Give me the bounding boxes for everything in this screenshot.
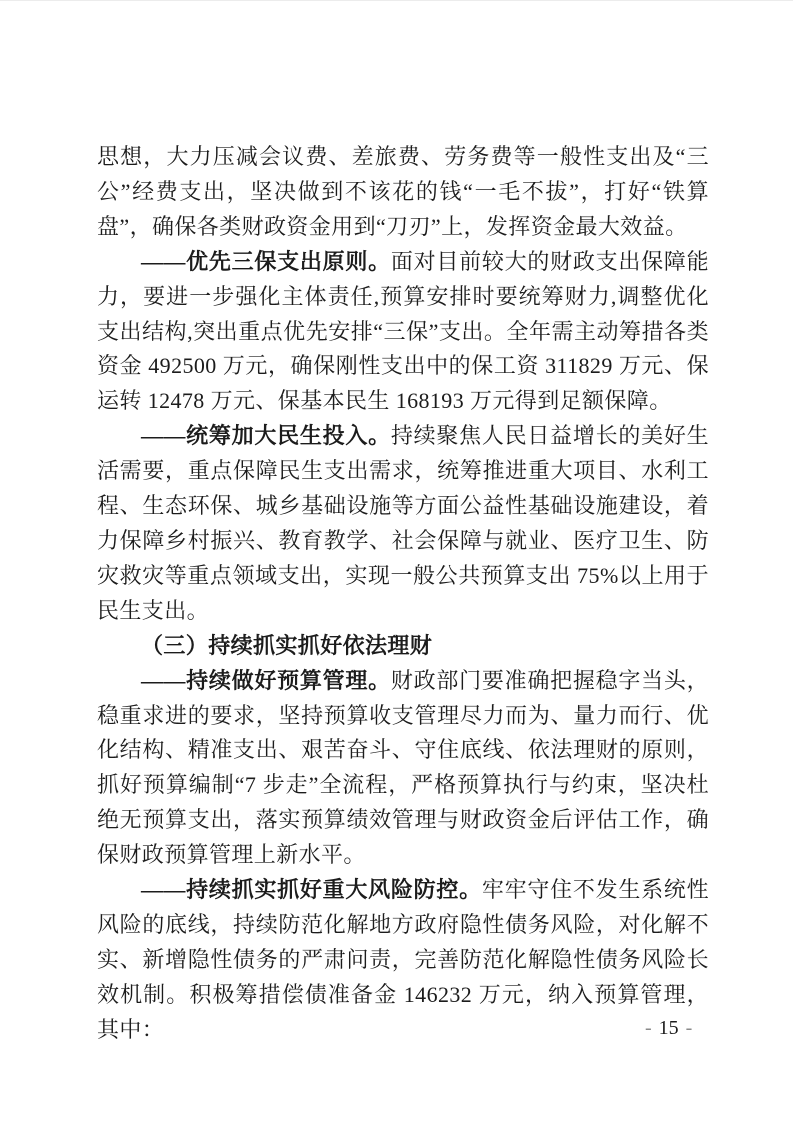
paragraph-text: 财政部门要准确把握稳字当头，稳重求进的要求，坚持预算收支管理尽力而为、量力而行、… xyxy=(97,668,709,868)
paragraph-text: 思想，大力压减会议费、差旅费、劳务费等一般性支出及“三公”经费支出，坚决做到不该… xyxy=(97,144,709,239)
paragraph-lead: ——持续做好预算管理。 xyxy=(141,668,391,693)
paragraph-sanbao-principle: ——优先三保支出原则。面对目前较大的财政支出保障能力，要进一步强化主体责任,预算… xyxy=(97,245,709,420)
document-body: 思想，大力压减会议费、差旅费、劳务费等一般性支出及“三公”经费支出，坚决做到不该… xyxy=(97,140,709,1048)
paragraph-risk-control: ——持续抓实抓好重大风险防控。牢牢守住不发生系统性风险的底线，持续防范化解地方政… xyxy=(97,873,709,1048)
section-heading-text: （三）持续抓实抓好依法理财 xyxy=(141,633,432,658)
page-number: -15- xyxy=(638,1017,699,1040)
page-number-value: 15 xyxy=(659,1017,679,1039)
page-number-dash-right: - xyxy=(679,1017,700,1039)
paragraph-lead: ——统筹加大民生投入。 xyxy=(141,423,391,448)
section-heading: （三）持续抓实抓好依法理财 xyxy=(97,629,709,664)
page-number-dash-left: - xyxy=(638,1017,659,1039)
document-page: 思想，大力压减会议费、差旅费、劳务费等一般性支出及“三公”经费支出，坚决做到不该… xyxy=(0,0,793,1122)
paragraph-lead: ——持续抓实抓好重大风险防控。 xyxy=(141,877,482,902)
paragraph-minsheng-investment: ——统筹加大民生投入。持续聚焦人民日益增长的美好生活需要，重点保障民生支出需求，… xyxy=(97,419,709,628)
paragraph-lead: ——优先三保支出原则。 xyxy=(141,249,391,274)
paragraph-continuation: 思想，大力压减会议费、差旅费、劳务费等一般性支出及“三公”经费支出，坚决做到不该… xyxy=(97,140,709,245)
scan-edge-line xyxy=(0,0,793,1)
paragraph-text: 持续聚焦人民日益增长的美好生活需要，重点保障民生支出需求，统筹推进重大项目、水利… xyxy=(97,423,709,623)
paragraph-budget-management: ——持续做好预算管理。财政部门要准确把握稳字当头，稳重求进的要求，坚持预算收支管… xyxy=(97,664,709,873)
